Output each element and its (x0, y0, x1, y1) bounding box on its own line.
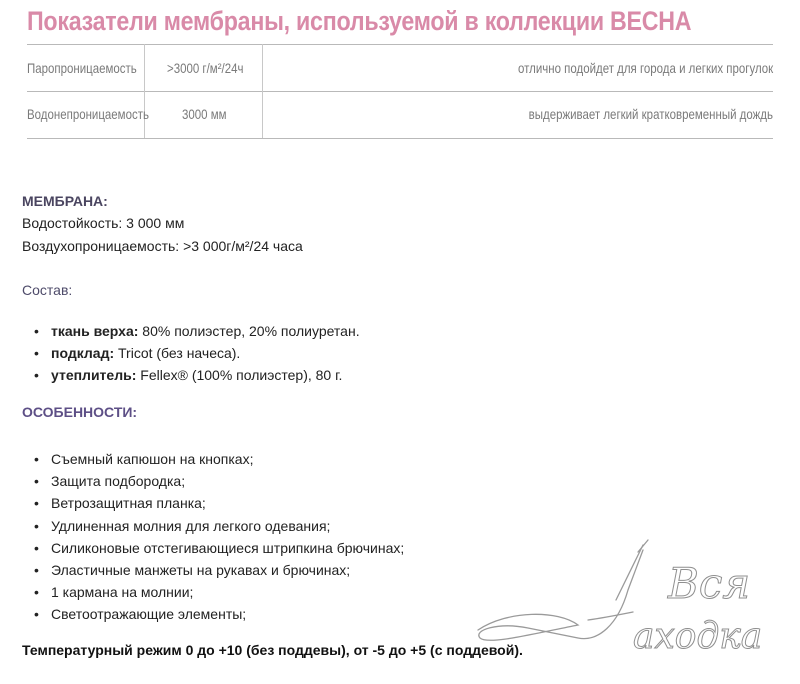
features-heading: ОСОБЕННОСТИ: (22, 404, 137, 420)
composition-label: ткань верха: (51, 323, 138, 339)
list-item: Съемный капюшон на кнопках; (22, 448, 404, 470)
list-item: Эластичные манжеты на рукавах и брючинах… (22, 559, 404, 581)
composition-value: 80% полиэстер, 20% полиуретан. (138, 323, 359, 339)
list-item: 1 кармана на молнии; (22, 581, 404, 603)
membrane-breathability: Воздухопроницаемость: >3 000г/м²/24 часа (22, 238, 303, 254)
page-title: Показатели мембраны, используемой в колл… (27, 6, 691, 37)
table-cell-description: выдерживает легкий кратковременный дождь (529, 106, 773, 122)
composition-list: ткань верха: 80% полиэстер, 20% полиурет… (22, 320, 360, 387)
table-cell-description: отлично подойдет для города и легких про… (518, 60, 773, 76)
table-cell-value: 3000 мм (182, 106, 227, 122)
composition-label: утеплитель: (51, 367, 136, 383)
list-item: подклад: Tricot (без начеса). (22, 342, 360, 364)
temperature-note: Температурный режим 0 до +10 (без поддев… (22, 642, 523, 658)
table-cell-property: Паропроницаемость (27, 60, 137, 76)
table-cell-value: >3000 г/м²/24ч (167, 60, 243, 76)
table-cell-property: Водонепроницаемость (27, 106, 149, 122)
watermark-text-line2: аходка (633, 616, 762, 657)
list-item: Силиконовые отстегивающиеся штрипкина бр… (22, 537, 404, 559)
list-item: Светоотражающие элементы; (22, 603, 404, 625)
features-list: Съемный капюшон на кнопках; Защита подбо… (22, 448, 404, 626)
composition-heading: Состав: (22, 282, 72, 298)
table-column-divider (262, 44, 263, 138)
table-column-divider (144, 44, 145, 138)
watermark-logo: Вся аходка (468, 530, 788, 670)
table-divider (27, 138, 773, 139)
composition-value: Tricot (без начеса). (114, 345, 240, 361)
list-item: Удлиненная молния для легкого одевания; (22, 515, 404, 537)
list-item: Защита подбородка; (22, 470, 404, 492)
composition-label: подклад: (51, 345, 114, 361)
table-divider (27, 44, 773, 45)
watermark-text-line1: Вся (667, 559, 750, 608)
list-item: Ветрозащитная планка; (22, 492, 404, 514)
composition-value: Fellex® (100% полиэстер), 80 г. (136, 367, 342, 383)
membrane-heading: МЕМБРАНА: (22, 193, 108, 209)
table-divider (27, 91, 773, 92)
membrane-water-resistance: Водостойкость: 3 000 мм (22, 215, 184, 231)
spec-table: Паропроницаемость >3000 г/м²/24ч отлично… (27, 44, 773, 138)
list-item: ткань верха: 80% полиэстер, 20% полиурет… (22, 320, 360, 342)
list-item: утеплитель: Fellex® (100% полиэстер), 80… (22, 364, 360, 386)
